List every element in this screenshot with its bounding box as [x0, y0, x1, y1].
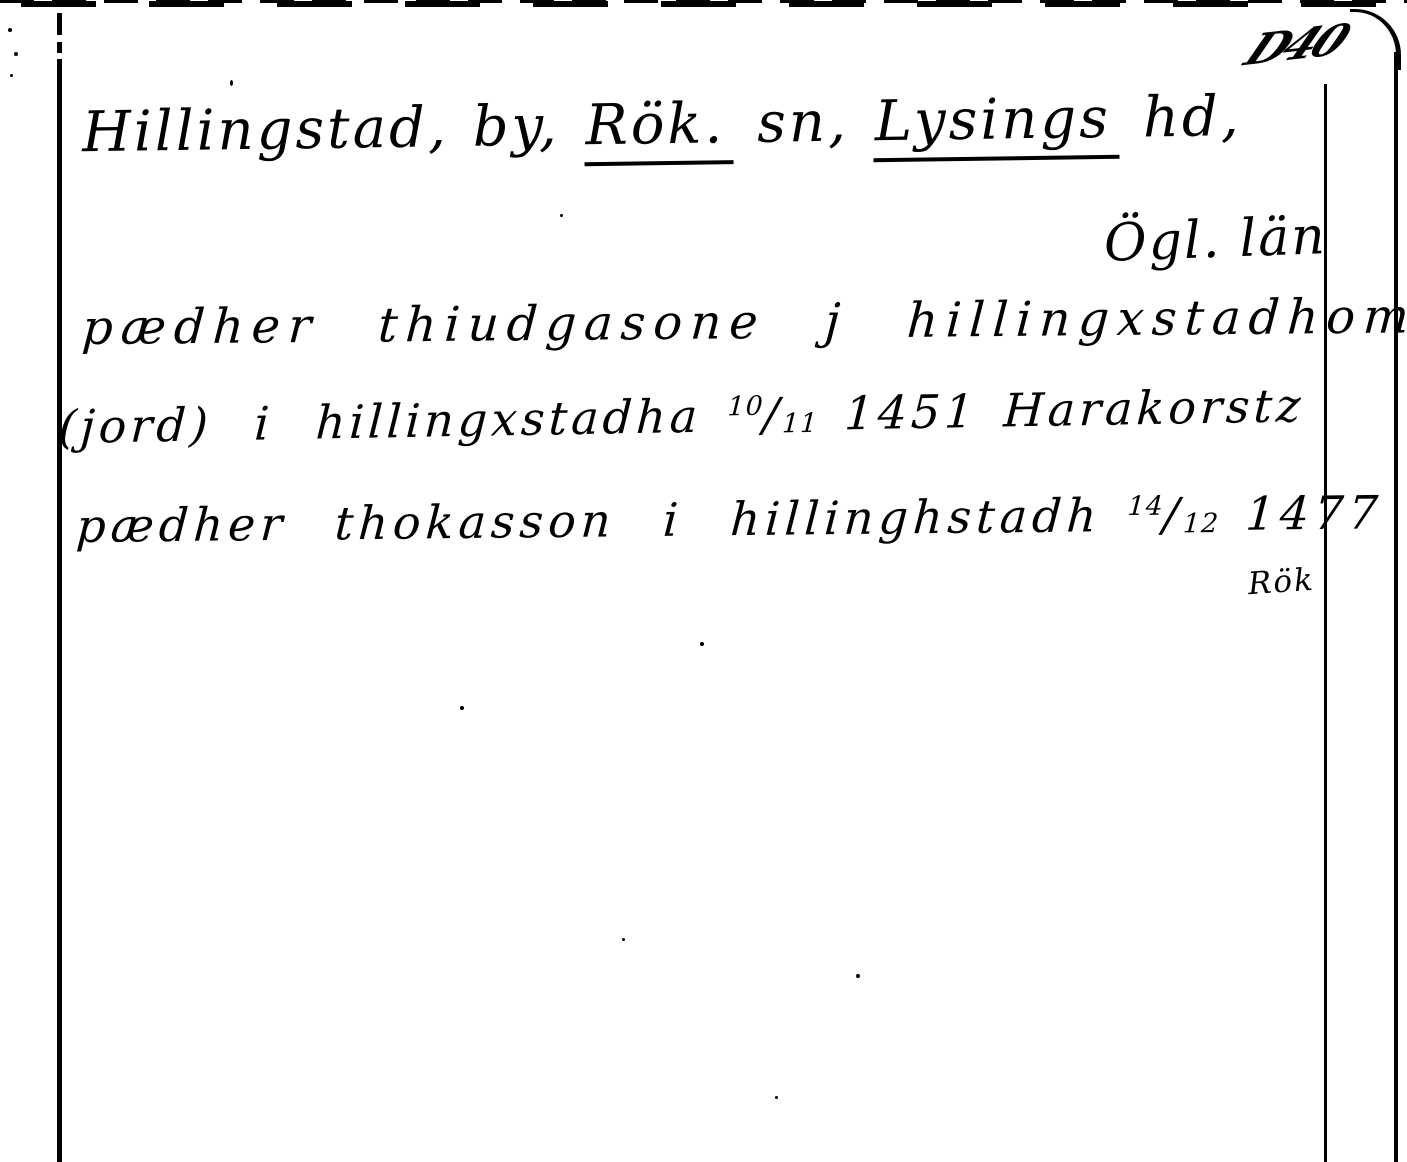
paper-right-edge [1394, 52, 1398, 1162]
parish-abbrev: sn, [757, 90, 850, 156]
entry-line-2: (jord) i hillingxstadha10/111451Harakors… [57, 378, 1306, 454]
rule-gap [57, 53, 62, 59]
entry-line-1: pædher thiudgasone j hillingxstadhom [81, 288, 1407, 356]
parish-name-underlined: Rök. [583, 91, 734, 166]
entry-line-3: pædher thokasson i hillinghstadh14/12147… [75, 485, 1385, 553]
hundred-abbrev: hd, [1142, 84, 1242, 150]
scan-speck [14, 52, 18, 56]
scan-speck [8, 28, 12, 32]
card-left-rule [57, 13, 62, 1162]
place-name: Hillingstad, [82, 95, 450, 165]
scan-speck [775, 1096, 778, 1099]
entry-2-year: 1451 [843, 384, 979, 440]
scan-top-edge [0, 0, 1407, 9]
entry-3-date: 14/12 [1126, 487, 1222, 542]
scan-speck [700, 642, 704, 646]
county-label: Ögl. län [1103, 206, 1328, 274]
scan-speck [622, 938, 625, 941]
scan-speck [856, 974, 860, 978]
rule-gap [57, 35, 62, 42]
scan-speck [560, 214, 563, 217]
settlement-type: by, [472, 94, 560, 160]
scanned-index-card: D40 Hillingstad,by,Rök.sn,Lysingshd, Ögl… [0, 0, 1407, 1162]
corner-accession-mark: D40 [1236, 15, 1355, 76]
headline: Hillingstad,by,Rök.sn,Lysingshd, [82, 84, 1266, 166]
entry-2-date: 10/11 [726, 387, 820, 443]
scan-speck [460, 706, 464, 710]
scan-speck [10, 74, 13, 77]
entry-2-source: Harakorstz [1002, 378, 1306, 437]
entry-3-text: pædher thokasson i hillinghstadh [75, 488, 1103, 553]
entry-3-year: 1477 [1244, 485, 1384, 540]
scan-speck [230, 80, 233, 86]
hundred-name-underlined: Lysings [872, 86, 1119, 162]
entry-2-text: (jord) i hillingxstadha [57, 389, 702, 454]
parish-footnote: Rök [1247, 562, 1316, 603]
